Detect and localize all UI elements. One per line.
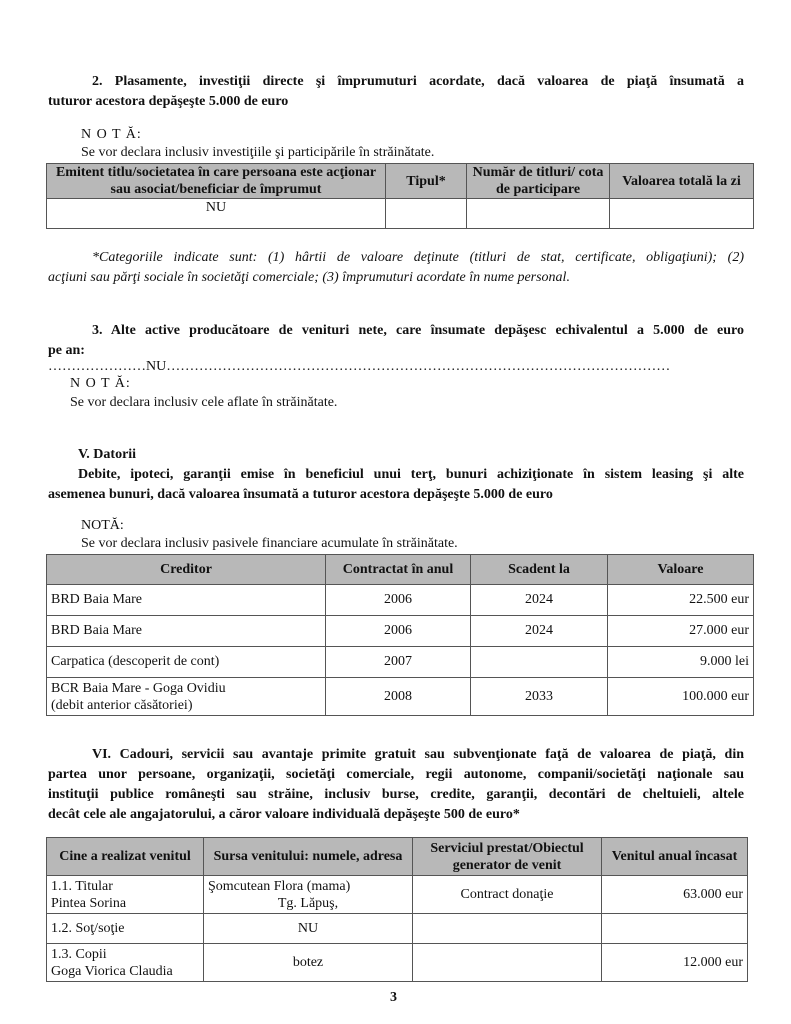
section3-title: 3. Alte active producătoare de venituri … — [48, 321, 744, 361]
gifts-header-service: Serviciul prestat/Obiectul generator de … — [413, 838, 602, 876]
gifts-cell-income: 63.000 eur — [602, 876, 748, 914]
debts-cell-creditor: BRD Baia Mare — [47, 585, 326, 616]
page-number: 3 — [390, 990, 397, 1006]
gifts-cell-source: NU — [204, 914, 413, 944]
investments-cell-count — [467, 199, 610, 229]
section5-nota-text: Se vor declara inclusiv pasivele financi… — [81, 536, 458, 552]
section2-nota-label: N O T Ă: — [81, 127, 142, 143]
document-page: 2. Plasamente, investiţii directe şi împ… — [0, 0, 791, 1024]
table-row: BCR Baia Mare - Goga Ovidiu (debit anter… — [47, 678, 754, 716]
gifts-cell-income — [602, 914, 748, 944]
debts-cell-contracted: 2006 — [326, 585, 471, 616]
table-row: 1.3. Copii Goga Viorica Claudia botez 12… — [47, 944, 748, 982]
source-line2: Tg. Lăpuş, — [208, 895, 408, 912]
section2-title-line2: tuturor acestora depăşeşte 5.000 de euro — [48, 92, 744, 112]
section3-answer: …………………NU…………………………………………………………………………………… — [48, 359, 738, 375]
table-row: BRD Baia Mare 2006 2024 22.500 eur — [47, 585, 754, 616]
investments-cell-issuer: NU — [47, 199, 386, 229]
section6-title-line1: VI. Cadouri, servicii sau avantaje primi… — [48, 745, 744, 765]
section6-title: VI. Cadouri, servicii sau avantaje primi… — [48, 745, 744, 825]
debts-cell-due: 2024 — [471, 585, 608, 616]
investments-header-issuer: Emitent titlu/societatea în care persoan… — [47, 164, 386, 199]
gifts-cell-who: 1.2. Soţ/soţie — [47, 914, 204, 944]
debts-header-value: Valoare — [608, 555, 754, 585]
source-line1: Şomcutean Flora (mama) — [208, 878, 408, 895]
investments-cell-value — [610, 199, 754, 229]
gifts-header-who: Cine a realizat venitul — [47, 838, 204, 876]
who-line1: 1.3. Copii — [51, 946, 199, 963]
investments-header-count: Număr de titluri/ cota de participare — [467, 164, 610, 199]
section3-nota-text: Se vor declara inclusiv cele aflate în s… — [70, 395, 337, 411]
gifts-cell-service — [413, 944, 602, 982]
who-line1: 1.1. Titular — [51, 878, 199, 895]
gifts-cell-who: 1.3. Copii Goga Viorica Claudia — [47, 944, 204, 982]
investments-table: Emitent titlu/societatea în care persoan… — [46, 163, 754, 229]
section2-footnote: *Categoriile indicate sunt: (1) hârtii d… — [48, 248, 744, 288]
debts-cell-contracted: 2007 — [326, 647, 471, 678]
section5-title: Debite, ipoteci, garanţii emise în benef… — [48, 465, 744, 505]
gifts-header-source: Sursa venitului: numele, adresa — [204, 838, 413, 876]
debts-header-due: Scadent la — [471, 555, 608, 585]
debts-cell-value: 100.000 eur — [608, 678, 754, 716]
debts-cell-creditor: BRD Baia Mare — [47, 616, 326, 647]
section5-title-line1: Debite, ipoteci, garanţii emise în benef… — [48, 465, 744, 485]
debts-cell-contracted: 2006 — [326, 616, 471, 647]
table-row: 1.1. Titular Pintea Sorina Şomcutean Flo… — [47, 876, 748, 914]
section6-title-line2: partea unor persoane, organizaţii, socie… — [48, 765, 744, 785]
debts-cell-creditor: BCR Baia Mare - Goga Ovidiu (debit anter… — [47, 678, 326, 716]
table-row: BRD Baia Mare 2006 2024 27.000 eur — [47, 616, 754, 647]
gifts-cell-source: botez — [204, 944, 413, 982]
who-line2: Goga Viorica Claudia — [51, 963, 199, 980]
table-row: NU — [47, 199, 754, 229]
section2-nota-text: Se vor declara inclusiv investiţiile şi … — [81, 145, 434, 161]
section5-heading: V. Datorii — [78, 447, 136, 463]
debts-table: Creditor Contractat în anul Scadent la V… — [46, 554, 754, 716]
debts-cell-contracted: 2008 — [326, 678, 471, 716]
debts-header-creditor: Creditor — [47, 555, 326, 585]
gifts-cell-who: 1.1. Titular Pintea Sorina — [47, 876, 204, 914]
investments-header-value: Valoarea totală la zi — [610, 164, 754, 199]
debts-cell-value: 27.000 eur — [608, 616, 754, 647]
debts-cell-due: 2033 — [471, 678, 608, 716]
section6-title-line3: instituţii publice româneşti sau străine… — [48, 785, 744, 805]
section3-title-line1: 3. Alte active producătoare de venituri … — [48, 321, 744, 341]
section3-nota-label: N O T Ă: — [70, 376, 131, 392]
who-line2: Pintea Sorina — [51, 895, 199, 912]
debts-cell-due: 2024 — [471, 616, 608, 647]
section2-title-line1: 2. Plasamente, investiţii directe şi împ… — [48, 72, 744, 92]
debts-cell-value: 22.500 eur — [608, 585, 754, 616]
table-row: Carpatica (descoperit de cont) 2007 9.00… — [47, 647, 754, 678]
gifts-cell-service: Contract donaţie — [413, 876, 602, 914]
investments-header-type: Tipul* — [386, 164, 467, 199]
debts-cell-creditor: Carpatica (descoperit de cont) — [47, 647, 326, 678]
table-row: 1.2. Soţ/soţie NU — [47, 914, 748, 944]
debts-cell-value: 9.000 lei — [608, 647, 754, 678]
gifts-cell-source: Şomcutean Flora (mama) Tg. Lăpuş, — [204, 876, 413, 914]
section6-title-line4: decât cele ale angajatorului, a căror va… — [48, 805, 744, 825]
gifts-table: Cine a realizat venitul Sursa venitului:… — [46, 837, 748, 982]
section5-title-line2: asemenea bunuri, dacă valoarea însumată … — [48, 485, 744, 505]
creditor-line1: BCR Baia Mare - Goga Ovidiu — [51, 680, 321, 697]
gifts-cell-income: 12.000 eur — [602, 944, 748, 982]
gifts-header-income: Venitul anual încasat — [602, 838, 748, 876]
section5-nota-label: NOTĂ: — [81, 518, 124, 534]
section2-title: 2. Plasamente, investiţii directe şi împ… — [48, 72, 744, 112]
debts-header-contracted: Contractat în anul — [326, 555, 471, 585]
section3-title-line2: pe an: — [48, 341, 744, 361]
creditor-line2: (debit anterior căsătoriei) — [51, 697, 321, 714]
investments-cell-type — [386, 199, 467, 229]
debts-cell-due — [471, 647, 608, 678]
footnote-line2: acţiuni sau părţi sociale în societăţi c… — [48, 268, 744, 288]
footnote-line1: *Categoriile indicate sunt: (1) hârtii d… — [48, 248, 744, 268]
gifts-cell-service — [413, 914, 602, 944]
